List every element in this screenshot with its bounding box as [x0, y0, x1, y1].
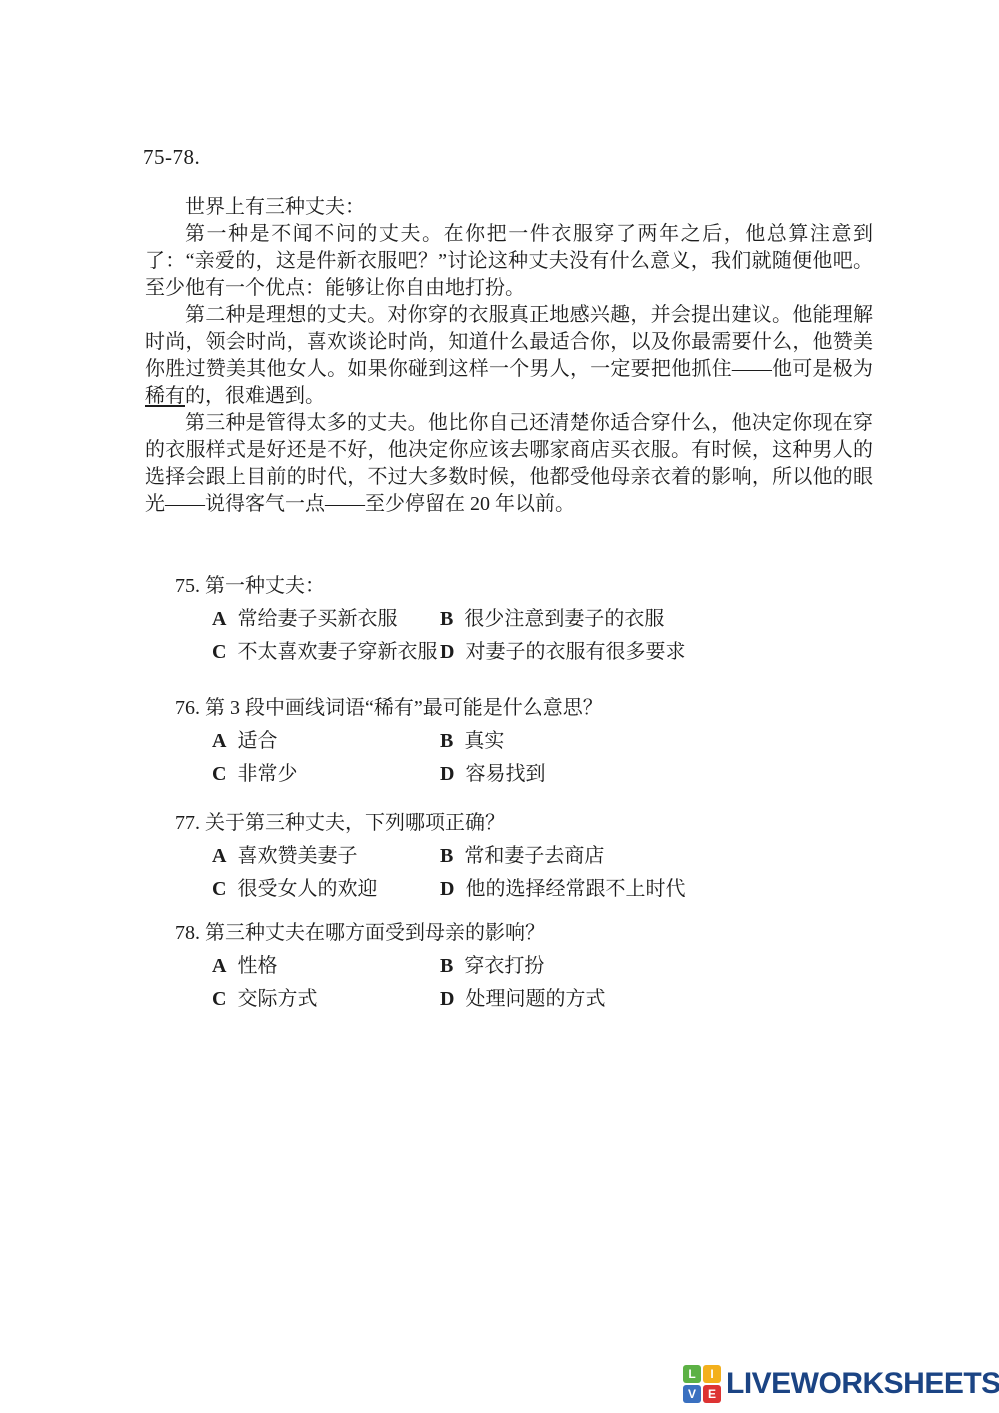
option-text: 穿衣打扮 — [464, 950, 544, 983]
option-text: 非常少 — [237, 758, 297, 791]
passage-paragraph-4: 第三种是管得太多的丈夫。他比你自己还清楚你适合穿什么，他决定你现在穿的衣服样式是… — [145, 410, 873, 518]
question-range-label: 75-78. — [143, 145, 200, 170]
reading-passage: 世界上有三种丈夫： 第一种是不闻不问的丈夫。在你把一件衣服穿了两年之后，他总算注… — [145, 194, 873, 518]
option-label: A — [212, 725, 226, 758]
option-78-b[interactable]: B 穿衣打扮 — [440, 950, 605, 983]
option-78-a[interactable]: A 性格 — [212, 950, 440, 983]
options-grid: A 适合 B 真实 C 非常少 D 容易找到 — [212, 725, 603, 791]
option-76-a[interactable]: A 适合 — [212, 725, 440, 758]
liveworksheets-logo[interactable]: L I V E LIVEWORKSHEETS — [683, 1365, 999, 1403]
question-text: 第一种丈夫： — [205, 570, 325, 603]
option-77-a[interactable]: A 喜欢赞美妻子 — [212, 840, 440, 873]
option-75-b[interactable]: B 很少注意到妻子的衣服 — [440, 603, 685, 636]
option-76-d[interactable]: D 容易找到 — [440, 758, 603, 791]
option-label: A — [212, 840, 226, 873]
option-label: C — [212, 758, 226, 791]
passage-text: 的，很难遇到。 — [185, 385, 325, 407]
question-number: 75. — [175, 570, 205, 603]
option-75-c[interactable]: C 不太喜欢妻子穿新衣服 — [212, 636, 440, 669]
option-text: 常给妻子买新衣服 — [237, 603, 397, 636]
question-block-75: 75. 第一种丈夫： A 常给妻子买新衣服 B 很少注意到妻子的衣服 C 不太喜… — [175, 570, 685, 669]
question-line: 77. 关于第三种丈夫，下列哪项正确？ — [175, 807, 685, 840]
question-line: 76. 第 3 段中画线词语“稀有”最可能是什么意思？ — [175, 692, 603, 725]
passage-text: 第二种是理想的丈夫。对你穿的衣服真正地感兴趣，并会提出建议。他能理解时尚，领会时… — [145, 304, 873, 380]
option-label: D — [440, 758, 454, 791]
option-text: 他的选择经常跟不上时代 — [465, 873, 685, 906]
option-label: C — [212, 636, 226, 669]
question-block-77: 77. 关于第三种丈夫，下列哪项正确？ A 喜欢赞美妻子 B 常和妻子去商店 C… — [175, 807, 685, 906]
option-label: D — [440, 636, 454, 669]
question-block-78: 78. 第三种丈夫在哪方面受到母亲的影响？ A 性格 B 穿衣打扮 C 交际方式… — [175, 917, 605, 1016]
underlined-term: 稀有 — [145, 385, 185, 407]
options-grid: A 性格 B 穿衣打扮 C 交际方式 D 处理问题的方式 — [212, 950, 605, 1016]
liveworksheets-wordmark: LIVEWORKSHEETS — [726, 1367, 999, 1401]
question-line: 75. 第一种丈夫： — [175, 570, 685, 603]
logo-tile-v: V — [683, 1385, 701, 1403]
option-77-d[interactable]: D 他的选择经常跟不上时代 — [440, 873, 685, 906]
question-number: 78. — [175, 917, 205, 950]
passage-paragraph-1: 世界上有三种丈夫： — [145, 194, 873, 221]
question-block-76: 76. 第 3 段中画线词语“稀有”最可能是什么意思？ A 适合 B 真实 C … — [175, 692, 603, 791]
option-77-c[interactable]: C 很受女人的欢迎 — [212, 873, 440, 906]
question-text: 关于第三种丈夫，下列哪项正确？ — [205, 807, 505, 840]
option-text: 很少注意到妻子的衣服 — [464, 603, 664, 636]
passage-paragraph-2: 第一种是不闻不问的丈夫。在你把一件衣服穿了两年之后，他总算注意到了：“亲爱的，这… — [145, 221, 873, 302]
option-75-a[interactable]: A 常给妻子买新衣服 — [212, 603, 440, 636]
logo-tile-e: E — [703, 1385, 721, 1403]
worksheet-page: 75-78. 世界上有三种丈夫： 第一种是不闻不问的丈夫。在你把一件衣服穿了两年… — [0, 0, 999, 1413]
option-78-d[interactable]: D 处理问题的方式 — [440, 983, 605, 1016]
option-label: A — [212, 950, 226, 983]
question-number: 76. — [175, 692, 205, 725]
liveworksheets-grid-icon: L I V E — [683, 1365, 721, 1403]
option-76-b[interactable]: B 真实 — [440, 725, 603, 758]
option-77-b[interactable]: B 常和妻子去商店 — [440, 840, 685, 873]
option-label: D — [440, 983, 454, 1016]
logo-tile-i: I — [703, 1365, 721, 1383]
question-text: 第三种丈夫在哪方面受到母亲的影响？ — [205, 917, 545, 950]
option-text: 对妻子的衣服有很多要求 — [465, 636, 685, 669]
options-grid: A 喜欢赞美妻子 B 常和妻子去商店 C 很受女人的欢迎 D 他的选择经常跟不上… — [212, 840, 685, 906]
option-label: A — [212, 603, 226, 636]
question-text: 第 3 段中画线词语“稀有”最可能是什么意思？ — [205, 692, 603, 725]
option-75-d[interactable]: D 对妻子的衣服有很多要求 — [440, 636, 685, 669]
question-number: 77. — [175, 807, 205, 840]
option-text: 处理问题的方式 — [465, 983, 605, 1016]
option-label: C — [212, 873, 226, 906]
option-76-c[interactable]: C 非常少 — [212, 758, 440, 791]
option-label: C — [212, 983, 226, 1016]
option-78-c[interactable]: C 交际方式 — [212, 983, 440, 1016]
option-label: B — [440, 725, 453, 758]
option-text: 交际方式 — [237, 983, 317, 1016]
option-text: 真实 — [464, 725, 504, 758]
logo-tile-l: L — [683, 1365, 701, 1383]
option-text: 很受女人的欢迎 — [237, 873, 377, 906]
option-text: 不太喜欢妻子穿新衣服 — [237, 636, 437, 669]
option-label: B — [440, 950, 453, 983]
options-grid: A 常给妻子买新衣服 B 很少注意到妻子的衣服 C 不太喜欢妻子穿新衣服 D 对… — [212, 603, 685, 669]
option-text: 常和妻子去商店 — [464, 840, 604, 873]
option-text: 喜欢赞美妻子 — [237, 840, 357, 873]
option-text: 性格 — [237, 950, 277, 983]
option-text: 容易找到 — [465, 758, 545, 791]
option-label: B — [440, 603, 453, 636]
question-line: 78. 第三种丈夫在哪方面受到母亲的影响？ — [175, 917, 605, 950]
passage-paragraph-3: 第二种是理想的丈夫。对你穿的衣服真正地感兴趣，并会提出建议。他能理解时尚，领会时… — [145, 302, 873, 410]
option-label: B — [440, 840, 453, 873]
option-text: 适合 — [237, 725, 277, 758]
option-label: D — [440, 873, 454, 906]
